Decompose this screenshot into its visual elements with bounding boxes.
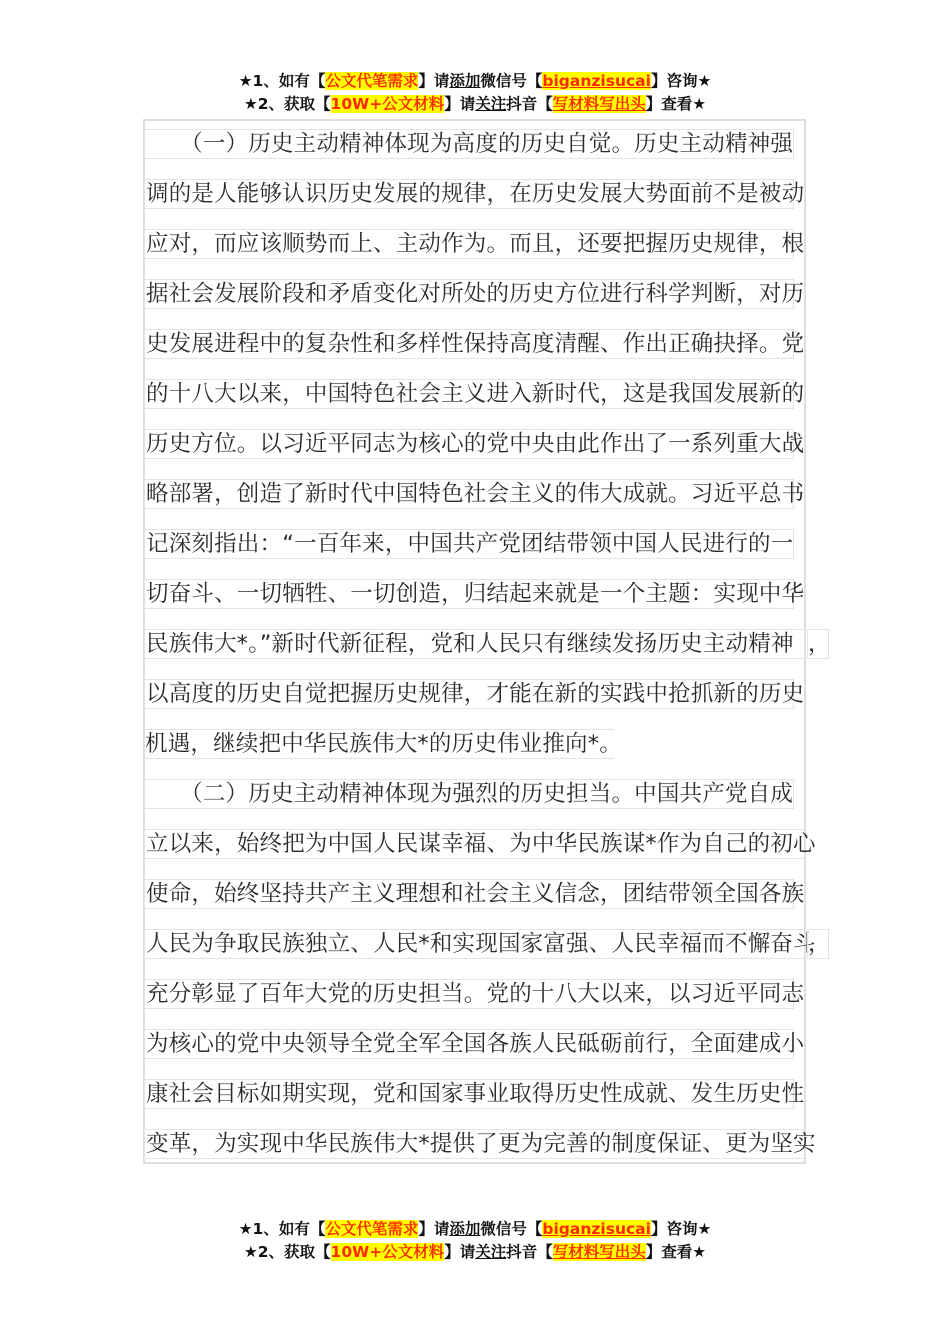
doc-line: 康社会目标如期实现，党和国家事业取得历史性成就、发生历史性: [144, 1079, 794, 1109]
promo-banner-bottom: ★1、如有【公文代笔需求】请添加微信号【biganzisucai】咨询★ ★2、…: [0, 1218, 950, 1264]
wechat-id-highlight: biganzisucai: [542, 1220, 651, 1238]
doc-line: 的十八大以来，中国特色社会主义进入新时代，这是我国发展新的: [144, 379, 794, 409]
promo-highlight: 公文代笔需求: [325, 72, 418, 90]
promo-line-2: ★2、获取【10W+公文材料】请关注抖音【写材料写出头】查看★: [0, 1241, 950, 1264]
doc-line: 调的是人能够认识历史发展的规律，在历史发展大势面前不是被动: [144, 179, 794, 209]
doc-line: 据社会发展阶段和矛盾变化对所处的历史方位进行科学判断，对历: [144, 279, 794, 309]
doc-line: （二）历史主动精神体现为强烈的历史担当。中国共产党自成: [144, 779, 794, 809]
promo-text: 】咨询★: [651, 72, 711, 90]
promo-text: ★1、如有【: [239, 72, 326, 90]
promo-text: 】咨询★: [651, 1220, 711, 1238]
promo-text: 微信号【: [480, 1220, 542, 1238]
doc-line: （一）历史主动精神体现为高度的历史自觉。历史主动精神强: [144, 129, 794, 159]
promo-banner-top: ★1、如有【公文代笔需求】请添加微信号【biganzisucai】咨询★ ★2、…: [0, 70, 950, 116]
douyin-id-highlight: 写材料写出头: [553, 1243, 646, 1261]
promo-line-2: ★2、获取【10W+公文材料】请关注抖音【写材料写出头】查看★: [0, 93, 950, 116]
doc-line: 使命，始终坚持共产主义理想和社会主义信念，团结带领全国各族: [144, 879, 794, 909]
promo-highlight: 10W+公文材料: [331, 1243, 445, 1261]
promo-text: 】请: [418, 1220, 449, 1238]
promo-text: 】查看★: [646, 1243, 706, 1261]
doc-line: 人民为争取民族独立、人民*和实现国家富强、人民幸福而不懈奋斗: [144, 929, 806, 959]
promo-highlight: 10W+公文材料: [331, 95, 445, 113]
promo-underlined: 添加: [449, 1220, 480, 1238]
promo-text: 】请: [418, 72, 449, 90]
promo-line-1: ★1、如有【公文代笔需求】请添加微信号【biganzisucai】咨询★: [0, 70, 950, 93]
doc-line-overflow: ，: [807, 629, 829, 659]
doc-line: 立以来，始终把为中国人民谋幸福、为中华民族谋*作为自己的初心: [144, 829, 806, 859]
doc-line: 史发展进程中的复杂性和多样性保持高度清醒、作出正确抉择。党: [144, 329, 794, 359]
doc-line: 略部署，创造了新时代中国特色社会主义的伟大成就。习近平总书: [144, 479, 794, 509]
promo-text: 】请: [444, 1243, 475, 1261]
doc-line: 以高度的历史自觉把握历史规律，才能在新的实践中抢抓新的历史: [144, 679, 794, 709]
doc-line: 切奋斗、一切牺牲、一切创造，归结起来就是一个主题：实现中华: [144, 579, 794, 609]
promo-text: ★2、获取【: [244, 95, 331, 113]
doc-line: 历史方位。以习近平同志为核心的党中央由此作出了一系列重大战: [144, 429, 794, 459]
promo-line-1: ★1、如有【公文代笔需求】请添加微信号【biganzisucai】咨询★: [0, 1218, 950, 1241]
doc-line-overflow: ，: [807, 929, 829, 959]
promo-text: ★2、获取【: [244, 1243, 331, 1261]
promo-underlined: 关注: [475, 95, 506, 113]
promo-text: 】查看★: [646, 95, 706, 113]
doc-line: 机遇，继续把中华民族伟大*的历史伟业推向*。: [144, 729, 614, 759]
doc-line: 应对，而应该顺势而上、主动作为。而且，还要把握历史规律，根: [144, 229, 794, 259]
promo-underlined: 关注: [475, 1243, 506, 1261]
wechat-id-highlight: biganzisucai: [542, 72, 651, 90]
doc-line: 为核心的党中央领导全党全军全国各族人民砥砺前行，全面建成小: [144, 1029, 794, 1059]
doc-line: 记深刻指出：“一百年来，中国共产党团结带领中国人民进行的一: [144, 529, 794, 559]
promo-text: 抖音【: [506, 1243, 553, 1261]
promo-text: 微信号【: [480, 72, 542, 90]
promo-highlight: 公文代笔需求: [325, 1220, 418, 1238]
promo-text: ★1、如有【: [239, 1220, 326, 1238]
promo-text: 】请: [444, 95, 475, 113]
doc-line: 充分彰显了百年大党的历史担当。党的十八大以来，以习近平同志: [144, 979, 794, 1009]
promo-underlined: 添加: [449, 72, 480, 90]
doc-line: 民族伟大*。”新时代新征程，党和人民只有继续发扬历史主动精神: [144, 629, 806, 659]
promo-text: 抖音【: [506, 95, 553, 113]
doc-line: 变革，为实现中华民族伟大*提供了更为完善的制度保证、更为坚实: [144, 1129, 806, 1159]
douyin-id-highlight: 写材料写出头: [553, 95, 646, 113]
